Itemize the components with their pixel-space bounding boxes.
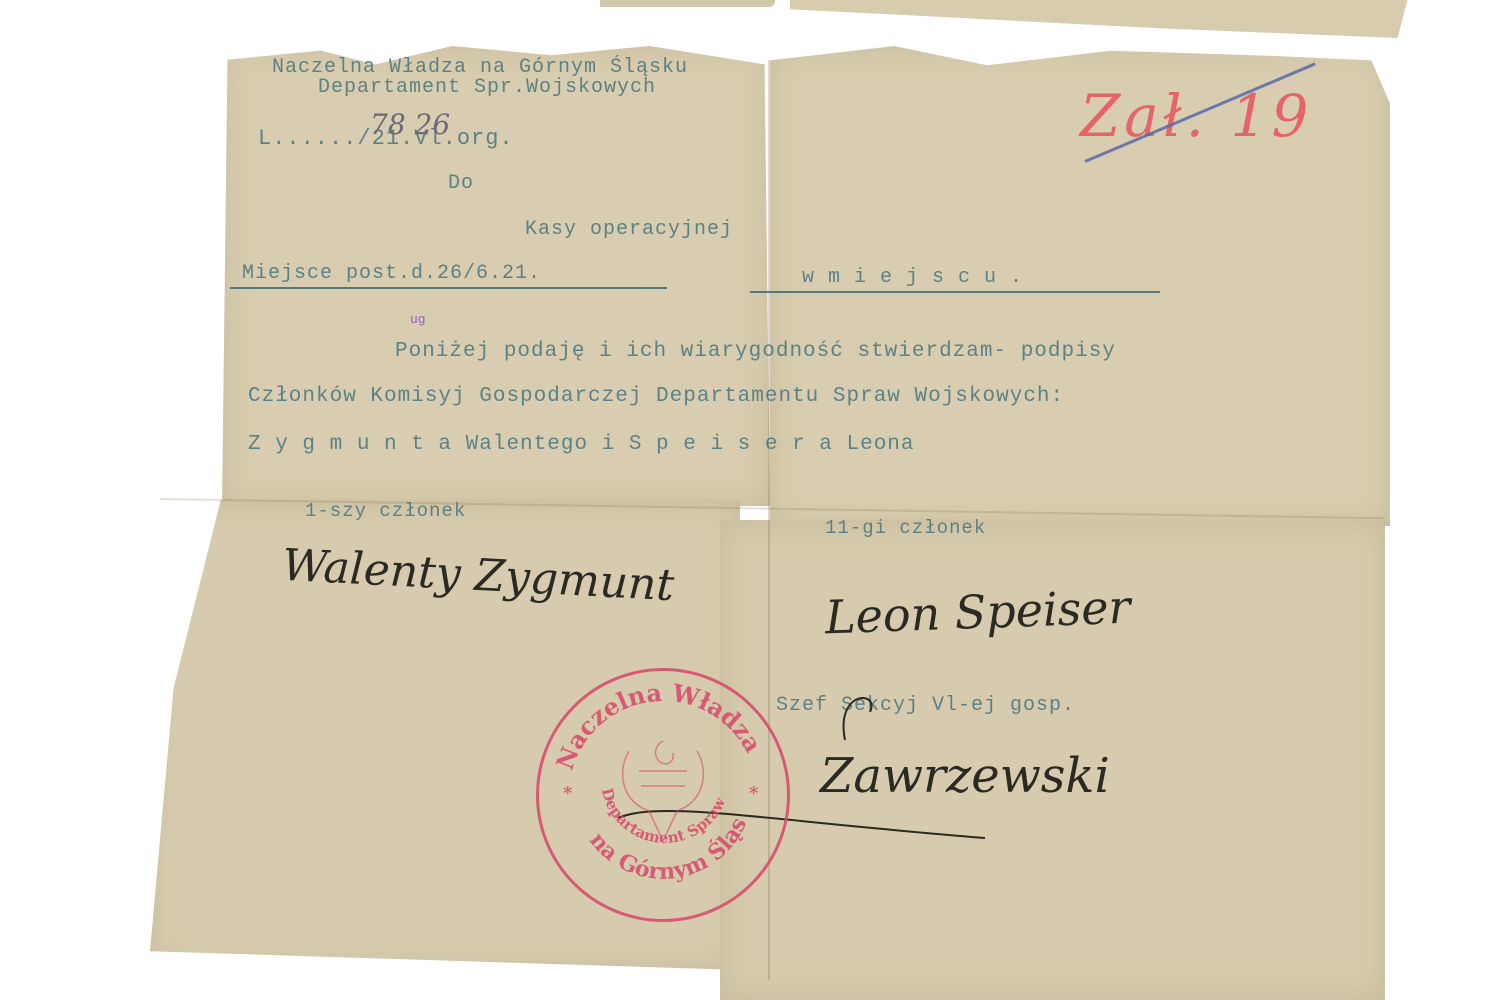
official-stamp: Naczelna Władza Departament Spraw Wojsk.… bbox=[536, 668, 790, 922]
svg-text:*: * bbox=[563, 783, 573, 804]
svg-text:*: * bbox=[749, 783, 759, 804]
document-scan: Naczelna Władza na Górnym Śląsku Departa… bbox=[0, 0, 1500, 1000]
stamp-outer-text: Naczelna Władza bbox=[550, 678, 768, 774]
